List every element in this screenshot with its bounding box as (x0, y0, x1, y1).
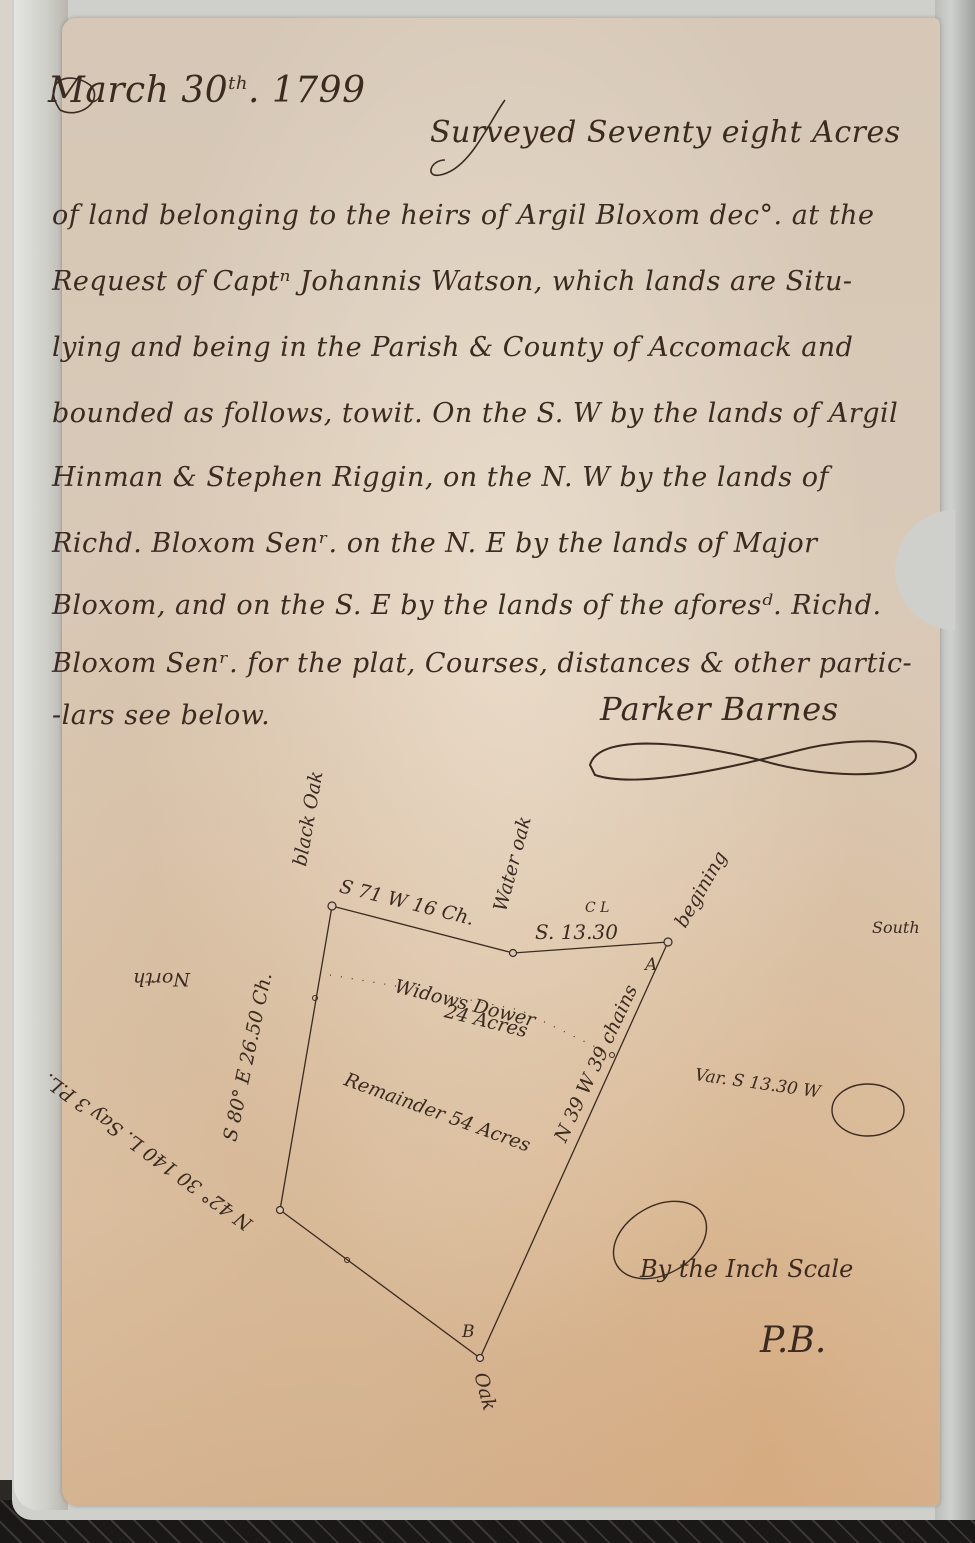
capital-flourish-icon (431, 100, 505, 175)
plat-drawing (0, 0, 975, 1543)
compass-north: North (133, 968, 190, 990)
surveyor-initials: P.B. (760, 1320, 826, 1361)
course-label: S. 13.30 (535, 920, 618, 944)
signature-flourish-icon (590, 741, 916, 779)
corner-black-oak-icon (328, 902, 336, 910)
corner-sw-icon (277, 1207, 284, 1214)
point-b-label: B (462, 1322, 475, 1342)
compass-south: South (872, 918, 920, 937)
corner-oak-icon (477, 1355, 484, 1362)
corner-beginning-icon (664, 938, 672, 946)
point-a-label: A (645, 955, 657, 975)
corner-water-oak-icon (510, 950, 517, 957)
scale-note: By the Inch Scale (640, 1255, 853, 1283)
date-flourish-icon (53, 78, 94, 113)
variation-flourish-icon (832, 1084, 904, 1136)
course-units: C L (585, 900, 609, 916)
